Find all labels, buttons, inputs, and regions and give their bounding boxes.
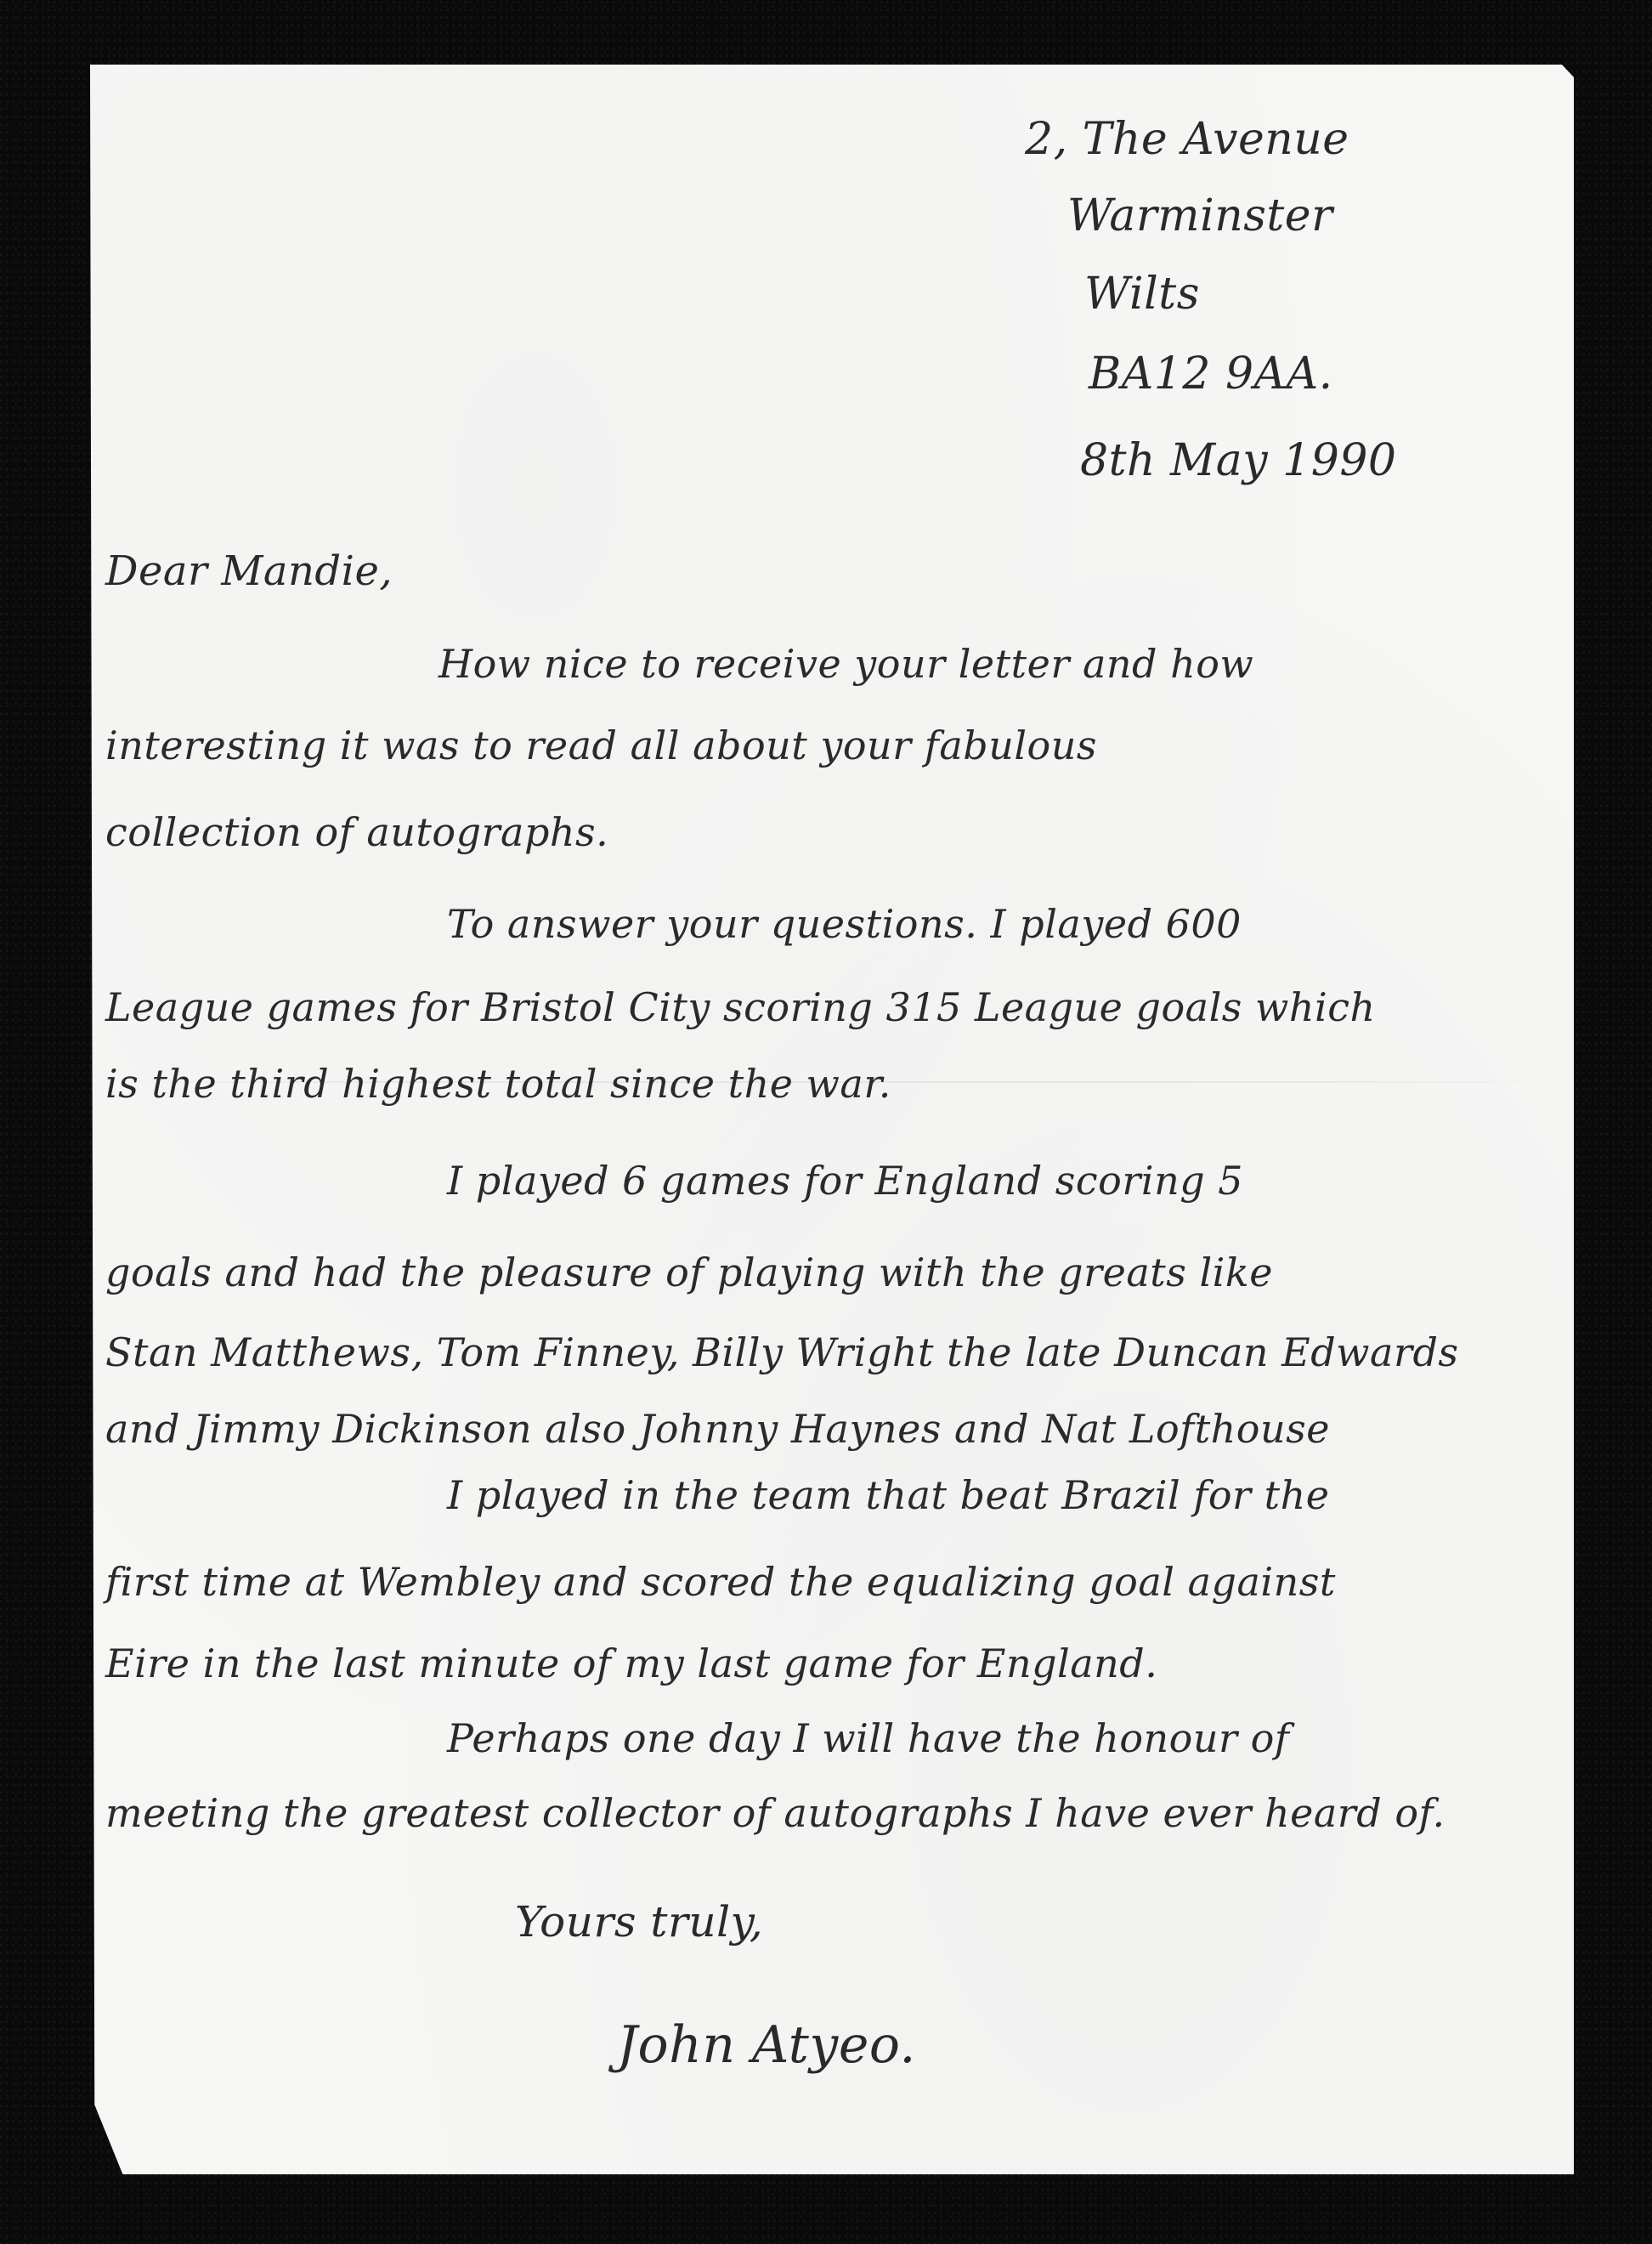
salutation: Dear Mandie,: [105, 551, 393, 592]
letter-paper: 2, The Avenue Warminster Wilts BA12 9AA.…: [90, 65, 1574, 2174]
body-line: interesting it was to read all about you…: [105, 726, 1097, 765]
body-line: and Jimmy Dickinson also Johnny Haynes a…: [105, 1409, 1330, 1448]
body-line: meeting the greatest collector of autogr…: [105, 1793, 1445, 1833]
body-line: How nice to receive your letter and how: [438, 644, 1253, 683]
body-line: goals and had the pleasure of playing wi…: [105, 1253, 1273, 1292]
signature: John Atyeo.: [617, 2020, 916, 2071]
body-line: collection of autographs.: [105, 813, 608, 852]
address-postcode: BA12 9AA.: [1089, 352, 1333, 396]
body-line: To answer your questions. I played 600: [447, 904, 1242, 943]
body-line: is the third highest total since the war…: [105, 1064, 891, 1103]
body-line: I played in the team that beat Brazil fo…: [447, 1476, 1329, 1515]
address-line-county: Wilts: [1084, 272, 1200, 316]
body-line: Eire in the last minute of my last game …: [105, 1644, 1157, 1683]
body-line: Perhaps one day I will have the honour o…: [447, 1719, 1289, 1758]
letter-date: 8th May 1990: [1080, 439, 1397, 483]
address-line-town: Warminster: [1067, 194, 1332, 238]
body-line: Stan Matthews, Tom Finney, Billy Wright …: [105, 1333, 1459, 1372]
body-line: first time at Wembley and scored the equ…: [105, 1562, 1336, 1601]
closing: Yours truly,: [515, 1901, 763, 1943]
body-line: League games for Bristol City scoring 31…: [105, 988, 1376, 1027]
address-line-street: 2, The Avenue: [1025, 117, 1349, 161]
body-line: I played 6 games for England scoring 5: [447, 1161, 1243, 1200]
